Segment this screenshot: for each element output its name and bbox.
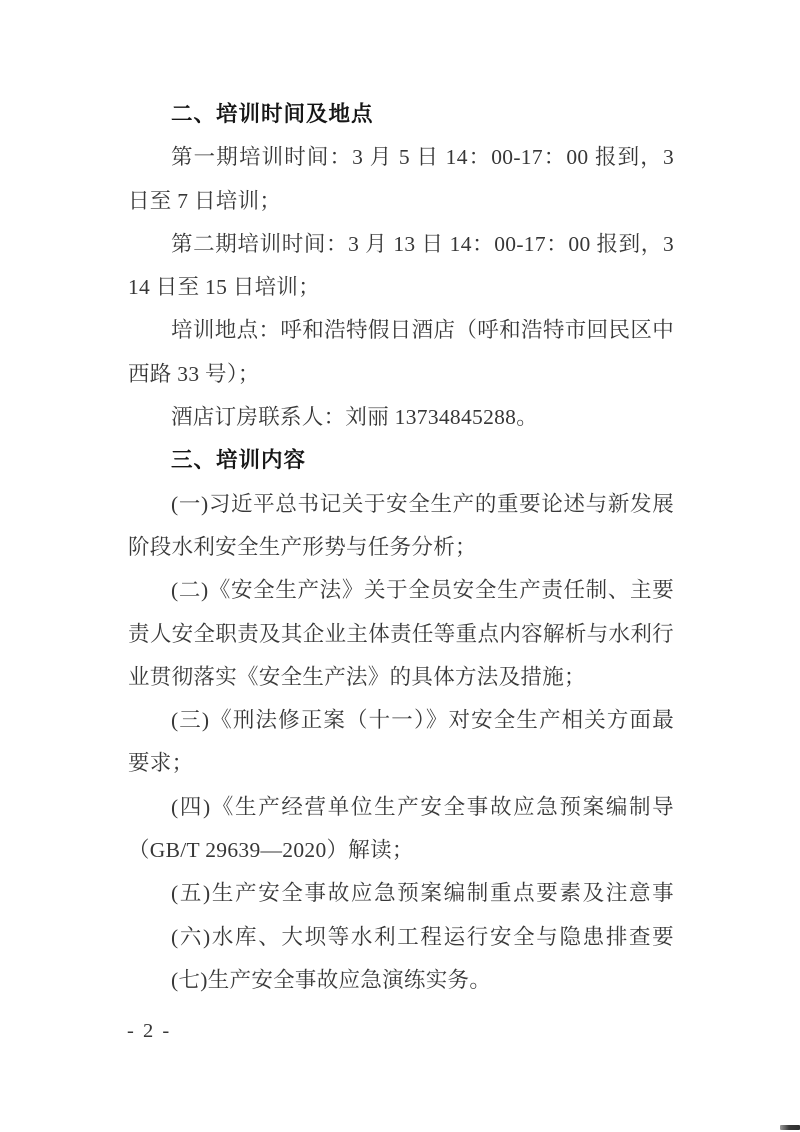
text-line: 第一期培训时间：3 月 5 日 14：00-17：00 报到，3 月 6 <box>128 136 674 179</box>
text-line: (二)《安全生产法》关于全员安全生产责任制、主要负 <box>128 569 674 612</box>
section-heading: 二、培训时间及地点 <box>128 93 674 136</box>
text-line: (六)水库、大坝等水利工程运行安全与隐患排查要点； <box>128 916 674 959</box>
text-line: 第二期培训时间：3 月 13 日 14：00-17：00 报到，3 月 <box>128 223 674 266</box>
text-line: 培训地点：呼和浩特假日酒店（呼和浩特市回民区中山 <box>128 309 674 352</box>
text-line: (七)生产安全事故应急演练实务。 <box>128 959 674 1002</box>
text-line: 日至 7 日培训； <box>128 180 674 223</box>
page-number: - 2 - <box>127 1016 171 1046</box>
text-line: 西路 33 号）； <box>128 353 674 396</box>
text-line: 责人安全职责及其企业主体责任等重点内容解析与水利行 <box>128 613 674 656</box>
text-line: 阶段水利安全生产形势与任务分析； <box>128 526 674 569</box>
text-line: 业贯彻落实《安全生产法》的具体方法及措施； <box>128 656 674 699</box>
text-line: 14 日至 15 日培训； <box>128 266 674 309</box>
text-line: (五)生产安全事故应急预案编制重点要素及注意事项； <box>128 872 674 915</box>
text-line: （GB/T 29639—2020）解读； <box>128 829 674 872</box>
text-line: (三)《刑法修正案（十一）》对安全生产相关方面最新 <box>128 699 674 742</box>
scan-artifact-bar <box>780 1125 800 1130</box>
section-heading: 三、培训内容 <box>128 439 674 482</box>
text-line: 酒店订房联系人：刘丽 13734845288。 <box>128 396 674 439</box>
text-line: 要求； <box>128 742 674 785</box>
text-line: (一)习近平总书记关于安全生产的重要论述与新发展 <box>128 483 674 526</box>
document-content: 二、培训时间及地点第一期培训时间：3 月 5 日 14：00-17：00 报到，… <box>128 93 674 1002</box>
document-page: 二、培训时间及地点第一期培训时间：3 月 5 日 14：00-17：00 报到，… <box>0 0 800 1132</box>
text-line: (四)《生产经营单位生产安全事故应急预案编制导则》 <box>128 786 674 829</box>
